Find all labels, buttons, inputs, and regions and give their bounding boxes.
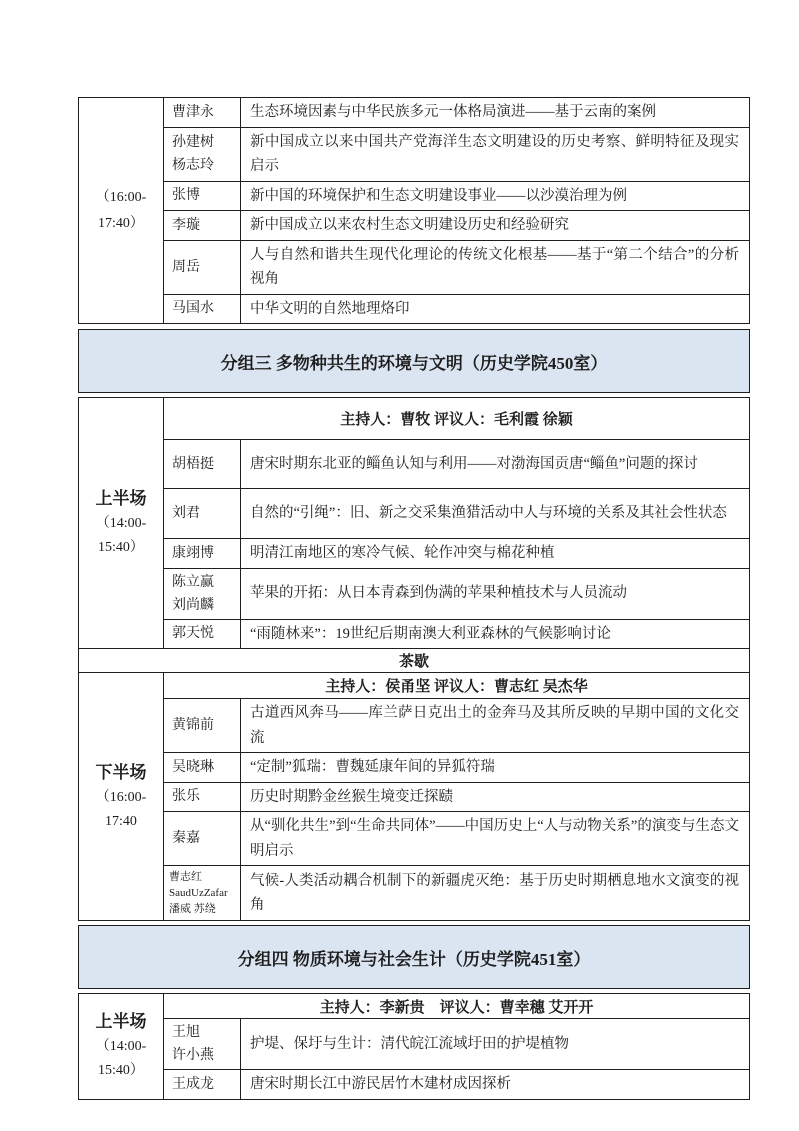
paper-title-cell: 新中国成立以来农村生态文明建设历史和经验研究 bbox=[241, 211, 750, 241]
paper-title-cell: 历史时期黔金丝猴生境变迁探赜 bbox=[241, 782, 750, 812]
document-page: （16:00- 17:40） 曹津永 生态环境因素与中华民族多元一体格局演进——… bbox=[78, 97, 750, 1100]
session-cell: 下半场 （16:00- 17:40 bbox=[79, 673, 164, 921]
presenter-cell: 吴晓琳 bbox=[164, 753, 241, 783]
presenter-cell: 马国水 bbox=[164, 294, 241, 324]
paper-title-cell: 从“驯化共生”到“生命共同体”——中国历史上“人与动物关系”的演变与生态文明启示 bbox=[241, 812, 750, 866]
session-label: 上半场 bbox=[79, 1009, 163, 1035]
session-label: 上半场 bbox=[79, 486, 163, 512]
session-time: （14:00- 15:40） bbox=[79, 1035, 163, 1083]
paper-title-cell: 人与自然和谐共生现代化理论的传统文化根基——基于“第二个结合”的分析视角 bbox=[241, 240, 750, 294]
presenter-cell: 周岳 bbox=[164, 240, 241, 294]
presenter-cell: 曹津永 bbox=[164, 98, 241, 128]
paper-title-cell: 苹果的开拓：从日本青森到伪满的苹果种植技术与人员流动 bbox=[241, 568, 750, 619]
paper-title-cell: 新中国的环境保护和生态文明建设事业——以沙漠治理为例 bbox=[241, 181, 750, 211]
paper-title-cell: 唐宋时期东北亚的鲻鱼认知与利用——对渤海国贡唐“鲻鱼”问题的探讨 bbox=[241, 440, 750, 489]
chair-cell: 主持人：李新贵 评议人：曹幸穗 艾开开 bbox=[164, 994, 750, 1019]
session-time-cell: （16:00- 17:40） bbox=[79, 98, 164, 324]
presenter-cell: 秦嘉 bbox=[164, 812, 241, 866]
paper-title-cell: 古道西风奔马——库兰萨日克出土的金奔马及其所反映的早期中国的文化交流 bbox=[241, 699, 750, 753]
paper-title-cell: “雨随林来”：19世纪后期南澳大利亚森林的气候影响讨论 bbox=[241, 619, 750, 649]
presenter-cell: 张博 bbox=[164, 181, 241, 211]
paper-title-cell: 气候-人类活动耦合机制下的新疆虎灭绝：基于历史时期栖息地水文演变的视角 bbox=[241, 866, 750, 921]
session-time: （16:00- 17:40 bbox=[79, 786, 163, 834]
paper-title-cell: 中华文明的自然地理烙印 bbox=[241, 294, 750, 324]
presenter-cell: 康翊博 bbox=[164, 539, 241, 569]
tea-break-cell: 茶歇 bbox=[79, 649, 750, 673]
group4-banner: 分组四 物质环境与社会生计（历史学院451室） bbox=[78, 925, 750, 989]
paper-title-cell: 生态环境因素与中华民族多元一体格局演进——基于云南的案例 bbox=[241, 98, 750, 128]
session-cell: 上半场 （14:00- 15:40） bbox=[79, 398, 164, 649]
presenter-cell: 陈立赢 刘尚麟 bbox=[164, 568, 241, 619]
paper-title-cell: 护堤、保圩与生计：清代皖江流域圩田的护堤植物 bbox=[241, 1019, 750, 1070]
paper-title-cell: “定制”狐瑞：曹魏延康年间的异狐符瑞 bbox=[241, 753, 750, 783]
presenter-cell: 王旭 许小燕 bbox=[164, 1019, 241, 1070]
presenter-cell: 孙建树 杨志玲 bbox=[164, 127, 241, 181]
paper-title-cell: 唐宋时期长江中游民居竹木建材成因探析 bbox=[241, 1070, 750, 1100]
presenter-cell: 王成龙 bbox=[164, 1070, 241, 1100]
top-session-table: （16:00- 17:40） 曹津永 生态环境因素与中华民族多元一体格局演进——… bbox=[78, 97, 750, 324]
presenter-cell: 张乐 bbox=[164, 782, 241, 812]
session-time: （14:00- 15:40） bbox=[79, 512, 163, 560]
chair-cell: 主持人：曹牧 评议人：毛利霞 徐颖 bbox=[164, 398, 750, 440]
presenter-cell: 李璇 bbox=[164, 211, 241, 241]
paper-title-cell: 自然的“引绳”：旧、新之交采集渔猎活动中人与环境的关系及其社会性状态 bbox=[241, 489, 750, 539]
session-label: 下半场 bbox=[79, 760, 163, 786]
chair-cell: 主持人：侯甬坚 评议人：曹志红 吴杰华 bbox=[164, 673, 750, 699]
group3-table: 上半场 （14:00- 15:40） 主持人：曹牧 评议人：毛利霞 徐颖 胡梧挺… bbox=[78, 397, 750, 921]
presenter-cell: 黄锦前 bbox=[164, 699, 241, 753]
paper-title-cell: 明清江南地区的寒冷气候、轮作冲突与棉花种植 bbox=[241, 539, 750, 569]
group4-table: 上半场 （14:00- 15:40） 主持人：李新贵 评议人：曹幸穗 艾开开 王… bbox=[78, 993, 750, 1100]
presenter-cell: 郭天悦 bbox=[164, 619, 241, 649]
presenter-cell: 曹志红 SaudUzZafar 潘威 苏绕 bbox=[164, 866, 241, 921]
session-cell: 上半场 （14:00- 15:40） bbox=[79, 994, 164, 1100]
paper-title-cell: 新中国成立以来中国共产党海洋生态文明建设的历史考察、鲜明特征及现实启示 bbox=[241, 127, 750, 181]
presenter-cell: 刘君 bbox=[164, 489, 241, 539]
presenter-cell: 胡梧挺 bbox=[164, 440, 241, 489]
group3-banner: 分组三 多物种共生的环境与文明（历史学院450室） bbox=[78, 329, 750, 393]
